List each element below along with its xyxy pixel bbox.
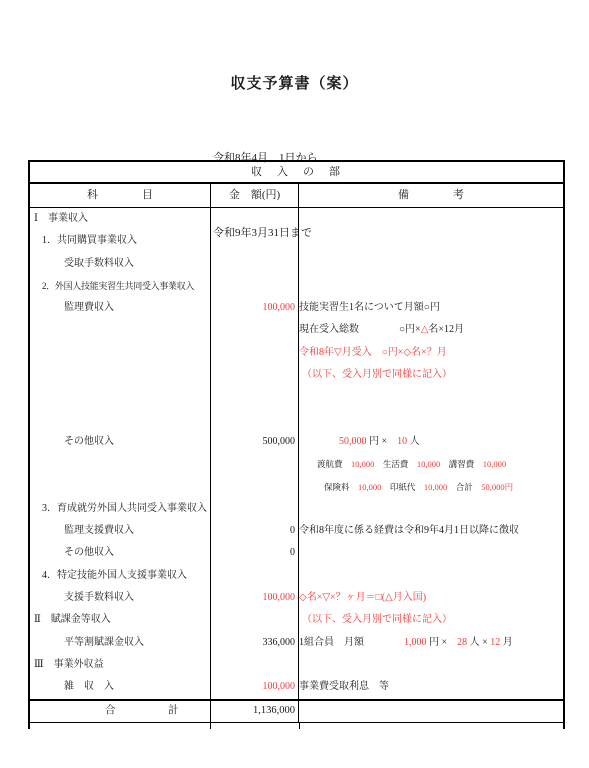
table-row: Ⅲ 事業外収益: [30, 654, 563, 676]
amount-value: 100,000: [263, 592, 296, 603]
amount-cell: [210, 253, 299, 275]
item-cell: [30, 453, 210, 475]
table-body: Ⅰ 事業収入1．共同購買事業収入受取手数料収入2．外国人技能実習生共同受入事業収…: [30, 208, 563, 699]
table-row: 保険料 10,000 印紙代 10,000 合計 50,000円: [30, 476, 563, 498]
remarks-cell: 保険料 10,000 印紙代 10,000 合計 50,000円: [299, 476, 563, 498]
remarks-cell: 1組合員 月額 1,000 円 × 28 人 × 12 月: [299, 632, 563, 654]
remarks-cell: [299, 230, 563, 252]
text-segment: 現在受入総数 ○円×: [299, 324, 421, 335]
amount-cell: 0: [210, 542, 299, 564]
text-segment: 28: [457, 637, 467, 648]
total-row: 合 計 1,136,000: [30, 699, 563, 722]
amount-cell: [210, 498, 299, 520]
item-cell: 雑 収 入: [30, 676, 210, 698]
text-segment: （以下、受入月別で同様に記入）: [302, 369, 452, 380]
total-remarks-cell: [299, 701, 563, 722]
text-segment: （以下、受入月別で同様に記入）: [302, 614, 452, 625]
amount-cell: [210, 275, 299, 297]
remarks-cell: ◇名×▽×？ヶ月＝□(△月入国): [299, 587, 563, 609]
remarks-cell: [299, 542, 563, 564]
item-cell: その他収入: [30, 542, 210, 564]
text-segment: 印紙代: [381, 482, 424, 492]
text-segment: 支援手数料収入: [64, 592, 134, 603]
text-segment: 雑 収 入: [64, 681, 114, 692]
item-cell: [30, 342, 210, 364]
text-segment: 生活費: [374, 459, 417, 469]
table-row: 平等割賦課金収入336,0001組合員 月額 1,000 円 × 28 人 × …: [30, 632, 563, 654]
text-segment: 10,000: [424, 482, 447, 492]
amount-cell: [210, 342, 299, 364]
remarks-cell: 50,000 円 × 10 人: [299, 431, 563, 453]
remarks-cell: [299, 275, 563, 297]
item-cell: 監理費収入: [30, 297, 210, 319]
remarks-cell: 令和8年度に係る経費は令和9年4月1日以降に徴収: [299, 520, 563, 542]
text-segment: 令和8年度に係る経費は令和9年4月1日以降に徴収: [299, 525, 519, 536]
table-row: 雑 収 入100,000事業費受取利息 等: [30, 676, 563, 698]
text-segment: 技能実習生1名について月額○円: [299, 302, 440, 313]
amount-cell: 0: [210, 520, 299, 542]
table-row: その他収入500,00050,000 円 × 10 人: [30, 431, 563, 453]
table-row: [30, 409, 563, 431]
text-segment: 事業費受取利息 等: [299, 681, 389, 692]
item-cell: 1．共同購買事業収入: [30, 230, 210, 252]
amount-cell: 100,000: [210, 676, 299, 698]
table-row: （以下、受入月別で同様に記入）: [30, 364, 563, 386]
table-row: 現在受入総数 ○円×△名×12月: [30, 319, 563, 341]
text-segment: 2．外国人技能実習生共同受入事業収入: [42, 281, 194, 291]
remarks-cell: 令和8年▽月受入 ○円×◇名×？月: [299, 342, 563, 364]
text-segment: Ⅲ 事業外収益: [34, 659, 104, 670]
text-segment: 監理支援費収入: [64, 525, 134, 536]
amount-cell: [210, 453, 299, 475]
table-row: 支援手数料収入100,000◇名×▽×？ヶ月＝□(△月入国): [30, 587, 563, 609]
text-segment: 渡航費: [317, 459, 351, 469]
table-continuation-stub: [299, 722, 300, 729]
item-cell: [30, 386, 210, 408]
text-segment: 円 ×: [427, 637, 458, 648]
text-segment: 平等割賦課金収入: [64, 637, 144, 648]
column-header-item: 科 目: [30, 184, 210, 207]
table-section-title: 収 入 の 部: [30, 162, 563, 184]
amount-cell: [210, 230, 299, 252]
item-cell: 平等割賦課金収入: [30, 632, 210, 654]
remarks-cell: [299, 253, 563, 275]
item-cell: その他収入: [30, 431, 210, 453]
table-row: 4．特定技能外国人支援事業収入: [30, 565, 563, 587]
text-segment: 10,000: [417, 459, 440, 469]
text-segment: Ⅱ 賦課金等収入: [34, 614, 111, 625]
amount-value: 100,000: [263, 681, 296, 692]
item-cell: 2．外国人技能実習生共同受入事業収入: [30, 275, 210, 297]
text-segment: 令和8年▽月受入 ○円×◇名×？月: [299, 347, 447, 358]
amount-cell: 336,000: [210, 632, 299, 654]
table-continuation-stub: [210, 722, 211, 729]
item-cell: 4．特定技能外国人支援事業収入: [30, 565, 210, 587]
text-segment: 円 ×: [367, 436, 398, 447]
item-cell: 3．育成就労外国人共同受入事業収入: [30, 498, 210, 520]
column-header-remarks: 備 考: [299, 184, 563, 207]
table-continuation-stub: [28, 722, 30, 729]
item-cell: [30, 409, 210, 431]
remarks-cell: [299, 498, 563, 520]
remarks-cell: [299, 654, 563, 676]
remarks-cell: （以下、受入月別で同様に記入）: [299, 364, 563, 386]
amount-cell: 100,000: [210, 297, 299, 319]
text-segment: ◇名×▽×？ヶ月＝□(△月入国): [299, 592, 426, 603]
text-segment: その他収入: [64, 436, 114, 447]
remarks-cell: 事業費受取利息 等: [299, 676, 563, 698]
document-title: 収支予算書（案）: [0, 72, 589, 93]
table-row: 2．外国人技能実習生共同受入事業収入: [30, 275, 563, 297]
amount-cell: [210, 319, 299, 341]
text-segment: 合計: [447, 482, 481, 492]
text-segment: 10,000: [483, 459, 506, 469]
amount-cell: [210, 476, 299, 498]
item-cell: Ⅱ 賦課金等収入: [30, 609, 210, 631]
text-segment: 保険料: [324, 482, 358, 492]
amount-value: 0: [290, 525, 295, 536]
table-row: 3．育成就労外国人共同受入事業収入: [30, 498, 563, 520]
remarks-cell: [299, 386, 563, 408]
table-continuation-stub: [563, 722, 565, 729]
amount-cell: [210, 609, 299, 631]
item-cell: 支援手数料収入: [30, 587, 210, 609]
table-row: 渡航費 10,000 生活費 10,000 講習費 10,000: [30, 453, 563, 475]
remarks-cell: 渡航費 10,000 生活費 10,000 講習費 10,000: [299, 453, 563, 475]
item-cell: 受取手数料収入: [30, 253, 210, 275]
remarks-cell: [299, 409, 563, 431]
text-segment: 10,000: [351, 459, 374, 469]
table-row: その他収入0: [30, 542, 563, 564]
income-table: 収 入 の 部 科 目 金 額(円) 備 考 Ⅰ 事業収入1．共同購買事業収入受…: [28, 160, 565, 723]
text-segment: 名×12月: [428, 324, 464, 335]
amount-value: 0: [290, 547, 295, 558]
item-cell: Ⅰ 事業収入: [30, 208, 210, 230]
item-cell: [30, 319, 210, 341]
text-segment: Ⅰ 事業収入: [34, 213, 88, 224]
table-row: 受取手数料収入: [30, 253, 563, 275]
table-row: 監理支援費収入0令和8年度に係る経費は令和9年4月1日以降に徴収: [30, 520, 563, 542]
total-amount: 1,136,000: [210, 701, 299, 722]
column-header-amount: 金 額(円): [210, 184, 299, 207]
amount-cell: [210, 565, 299, 587]
amount-cell: [210, 364, 299, 386]
table-row: 令和8年▽月受入 ○円×◇名×？月: [30, 342, 563, 364]
amount-value: 100,000: [263, 302, 296, 313]
text-segment: 1．共同購買事業収入: [42, 235, 137, 246]
amount-cell: [210, 654, 299, 676]
table-row: 監理費収入100,000技能実習生1名について月額○円: [30, 297, 563, 319]
amount-cell: [210, 409, 299, 431]
item-cell: 監理支援費収入: [30, 520, 210, 542]
amount-value: 500,000: [263, 436, 296, 447]
text-segment: 50,000: [339, 436, 367, 447]
item-cell: [30, 364, 210, 386]
text-segment: 4．特定技能外国人支援事業収入: [42, 570, 187, 581]
table-header-row: 科 目 金 額(円) 備 考: [30, 184, 563, 208]
amount-cell: [210, 208, 299, 230]
text-segment: 3．育成就労外国人共同受入事業収入: [42, 503, 207, 514]
text-segment: 人 ×: [467, 637, 490, 648]
text-segment: 1組合員 月額: [299, 637, 404, 648]
text-segment: 月: [500, 637, 513, 648]
item-cell: [30, 476, 210, 498]
text-segment: 受取手数料収入: [64, 258, 134, 269]
remarks-cell: （以下、受入月別で同様に記入）: [299, 609, 563, 631]
amount-cell: [210, 386, 299, 408]
table-row: Ⅱ 賦課金等収入（以下、受入月別で同様に記入）: [30, 609, 563, 631]
table-row: [30, 386, 563, 408]
total-label: 合 計: [30, 701, 210, 722]
table-row: Ⅰ 事業収入: [30, 208, 563, 230]
text-segment: 講習費: [440, 459, 483, 469]
text-segment: 10,000: [358, 482, 381, 492]
text-segment: 12: [490, 637, 500, 648]
text-segment: 人: [407, 436, 420, 447]
remarks-cell: 現在受入総数 ○円×△名×12月: [299, 319, 563, 341]
amount-cell: 100,000: [210, 587, 299, 609]
remarks-cell: 技能実習生1名について月額○円: [299, 297, 563, 319]
amount-value: 336,000: [263, 637, 296, 648]
budget-document-page: 収支予算書（案） 令和8年4月 1日から 令和9年3月31日まで 収 入 の 部…: [0, 0, 589, 768]
item-cell: Ⅲ 事業外収益: [30, 654, 210, 676]
text-segment: 監理費収入: [64, 302, 114, 313]
text-segment: その他収入: [64, 547, 114, 558]
text-segment: 10: [397, 436, 407, 447]
amount-cell: 500,000: [210, 431, 299, 453]
text-segment: 50,000円: [481, 482, 513, 492]
table-row: 1．共同購買事業収入: [30, 230, 563, 252]
remarks-cell: [299, 208, 563, 230]
text-segment: 1,000: [404, 637, 427, 648]
remarks-cell: [299, 565, 563, 587]
